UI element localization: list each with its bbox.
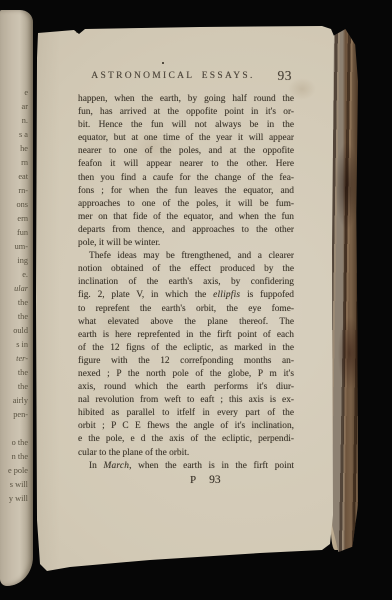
text-line: axis, round which the earth performs it'… [78,381,294,394]
text-fragment: n the [0,450,28,464]
text-fragment: ons [0,198,28,212]
text-line: to reprefent the earth's orbit, the eye … [78,303,294,316]
signature-number: 93 [209,474,221,486]
text-fragment: fun [0,226,28,240]
text-fragment: the [0,296,28,310]
text-line: nexed ; P the north pole of the globe, P… [78,368,294,381]
text-fragment: airly [0,394,28,408]
running-head: ASTRONOMICAL ESSAYS. 93 [78,68,294,84]
text-fragment: the [0,380,28,394]
text-line: fun, has arrived at the oppofite point i… [78,106,294,119]
text-line: equator, but at one time of the year it … [78,132,294,145]
paper-speck [162,62,164,64]
facing-page-text-fragments: earn.s aherneatrn-onsernfunum-inge.ulart… [0,86,28,506]
text-fragment: ar [0,100,28,114]
text-line: In March, when the earth is in the firft… [78,460,294,473]
text-line: pole, it will be winter. [78,237,294,250]
text-fragment: the [0,310,28,324]
text-line: what elevated above the plane thereof. T… [78,316,294,329]
book-fore-edge [330,29,358,552]
text-fragment: e pole [0,464,28,478]
text-line: mer on that fide of the equator, and whe… [78,211,294,224]
text-fragment: s will [0,478,28,492]
text-fragment: e [0,86,28,100]
body-text: happen, when the earth, by going half ro… [78,93,294,473]
text-line: hibited as parallel to itfelf in every p… [78,407,294,420]
text-line: Thefe ideas may be ftrengthened, and a c… [78,250,294,263]
text-fragment: s in [0,338,28,352]
text-fragment: the [0,366,28,380]
text-fragment: ern [0,212,28,226]
facing-page-edge: earn.s aherneatrn-onsernfunum-inge.ulart… [0,10,33,586]
text-fragment: o the [0,436,28,450]
text-line: nal revolution from weft to eaft ; this … [78,394,294,407]
text-fragment: n. [0,114,28,128]
text-line: feafon it will appear nearer to the othe… [78,158,294,171]
text-line: approaches to one of the poles, it will … [78,198,294,211]
text-line: earth is here reprefented in the firft p… [78,329,294,342]
text-fragment: pen- [0,408,28,422]
text-fragment: ter- [0,352,28,366]
text-fragment: um- [0,240,28,254]
text-fragment: rn [0,156,28,170]
text-line: fons ; for when the fun leaves the equat… [78,185,294,198]
text-fragment: ing [0,254,28,268]
text-line: fig. 2, plate V, in which the ellipfis i… [78,289,294,302]
text-fragment: ular [0,282,28,296]
text-line: then you find a caufe for the change of … [78,172,294,185]
text-line: of the 12 figns of the ecliptic, as mark… [78,342,294,355]
text-fragment: he [0,142,28,156]
text-fragment [0,422,28,436]
text-line: departs from thence, and approaches to t… [78,224,294,237]
running-title: ASTRONOMICAL ESSAYS. [78,71,268,81]
text-fragment: rn- [0,184,28,198]
text-fragment: ould [0,324,28,338]
text-fragment: e. [0,268,28,282]
text-fragment: eat [0,170,28,184]
book-photo: earn.s aherneatrn-onsernfunum-inge.ulart… [0,0,392,600]
paper-speck [76,30,80,33]
text-fragment: y will [0,492,28,506]
text-line: figure with the 12 correfponding months … [78,355,294,368]
text-line: notion obtained of the effect produced b… [78,263,294,276]
text-line: inclination of the earth's axis, by conf… [78,276,294,289]
signature-letter: P [190,474,196,486]
text-line: cular to the plane of the orbit. [78,447,294,460]
text-line: e the pole, e d the axis of the ecliptic… [78,433,294,446]
text-line: nearer to one of the poles, and at the o… [78,145,294,158]
text-line: bit. Hence the fun will not always be in… [78,119,294,132]
page-number: 93 [278,68,293,84]
text-line: orbit ; P C E fhews the angle of it's in… [78,420,294,433]
signature-line: P93 [190,474,221,486]
text-line: happen, when the earth, by going half ro… [78,93,294,106]
text-fragment: s a [0,128,28,142]
